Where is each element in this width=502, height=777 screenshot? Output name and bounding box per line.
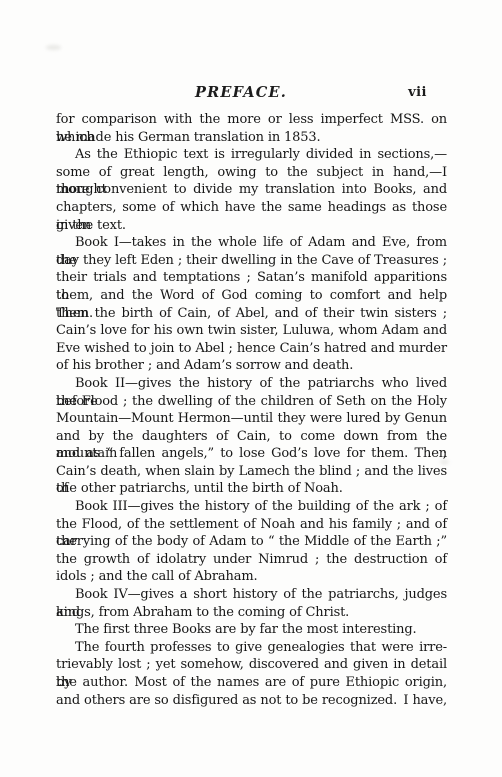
text-line: Book III—gives the history of the buildi… <box>56 498 447 516</box>
text-line: in the text. <box>56 217 447 235</box>
text-line: he made his German translation in 1853. <box>56 129 447 147</box>
text-line: more convenient to divide my translation… <box>56 181 447 199</box>
text-line: the author. Most of the names are of pur… <box>56 674 447 692</box>
running-title: PREFACE. <box>56 84 426 101</box>
book-page: PREFACE. vii for comparison with the mor… <box>0 0 502 777</box>
text-line: Book IV—gives a short history of the pat… <box>56 586 447 604</box>
text-line: carrying of the body of Adam to “ the Mi… <box>56 533 447 551</box>
text-line: trievably lost ; yet somehow, discovered… <box>56 656 447 674</box>
text-line: Book I—takes in the whole life of Adam a… <box>56 234 447 252</box>
text-line: The fourth professes to give genealogies… <box>56 639 447 657</box>
text-line: the Flood, of the settlement of Noah and… <box>56 516 447 534</box>
text-line: and others are so disfigured as not to b… <box>56 692 447 710</box>
text-line: and by the daughters of Cain, to come do… <box>56 428 447 446</box>
text-line: Book II—gives the history of the patriar… <box>56 375 447 393</box>
text-line: the other patriarchs, until the birth of… <box>56 480 447 498</box>
text-line: chapters, some of which have the same he… <box>56 199 447 217</box>
text-line: Cain’s death, when slain by Lamech the b… <box>56 463 447 481</box>
scan-smudge <box>46 45 61 50</box>
text-line: for comparison with the more or less imp… <box>56 111 447 129</box>
text-line: kings, from Abraham to the coming of Chr… <box>56 604 447 622</box>
text-line: them, and the Word of God coming to comf… <box>56 287 447 305</box>
text-line: Cain’s love for his own twin sister, Lul… <box>56 322 447 340</box>
page-number: vii <box>408 85 427 100</box>
text-line: As the Ethiopic text is irregularly divi… <box>56 146 447 164</box>
text-line: idols ; and the call of Abraham. <box>56 568 447 586</box>
text-line: of his brother ; and Adam’s sorrow and d… <box>56 357 447 375</box>
text-line: day they left Eden ; their dwelling in t… <box>56 252 447 270</box>
page-body: for comparison with the more or less imp… <box>56 111 447 709</box>
text-line: their trials and temptations ; Satan’s m… <box>56 269 447 287</box>
text-line: The first three Books are by far the mos… <box>56 621 447 639</box>
page-header: PREFACE. vii <box>56 84 447 104</box>
text-line: and as “ fallen angels,” to lose God’s l… <box>56 445 447 463</box>
text-line: Then the birth of Cain, of Abel, and of … <box>56 305 447 323</box>
text-line: the Flood ; the dwelling of the children… <box>56 393 447 411</box>
text-line: the growth of idolatry under Nimrud ; th… <box>56 551 447 569</box>
text-line: Eve wished to join to Abel ; hence Cain’… <box>56 340 447 358</box>
text-line: Mountain—Mount Hermon—until they were lu… <box>56 410 447 428</box>
text-line: some of great length, owing to the subje… <box>56 164 447 182</box>
